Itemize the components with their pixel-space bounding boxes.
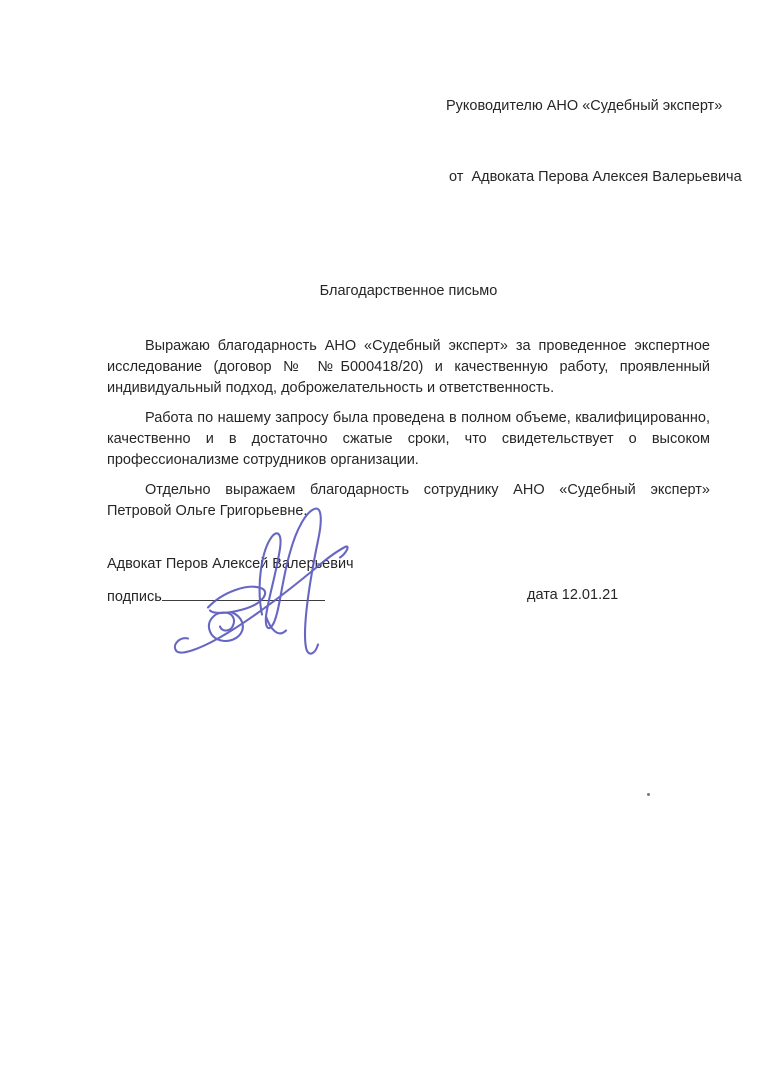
recipient-line: Руководителю АНО «Судебный эксперт» (446, 98, 742, 114)
signature-ink-strokes (175, 509, 348, 654)
recipient-block: Руководителю АНО «Судебный эксперт» от А… (446, 66, 742, 217)
letter-title: Благодарственное письмо (107, 283, 710, 299)
letter-page: Руководителю АНО «Судебный эксперт» от А… (0, 0, 773, 1089)
letter-body: Выражаю благодарность АНО «Судебный эксп… (107, 336, 710, 531)
handwritten-signature (170, 503, 350, 661)
scan-artifact-dot (647, 793, 650, 796)
paragraph-gratitude: Выражаю благодарность АНО «Судебный эксп… (107, 336, 710, 399)
sender-line: от Адвоката Перова Алексея Валерьевича (449, 169, 742, 185)
date-text: дата 12.01.21 (527, 587, 618, 603)
paragraph-work-quality: Работа по нашему запросу была проведена … (107, 408, 710, 471)
signature-label: подпись (107, 589, 162, 605)
